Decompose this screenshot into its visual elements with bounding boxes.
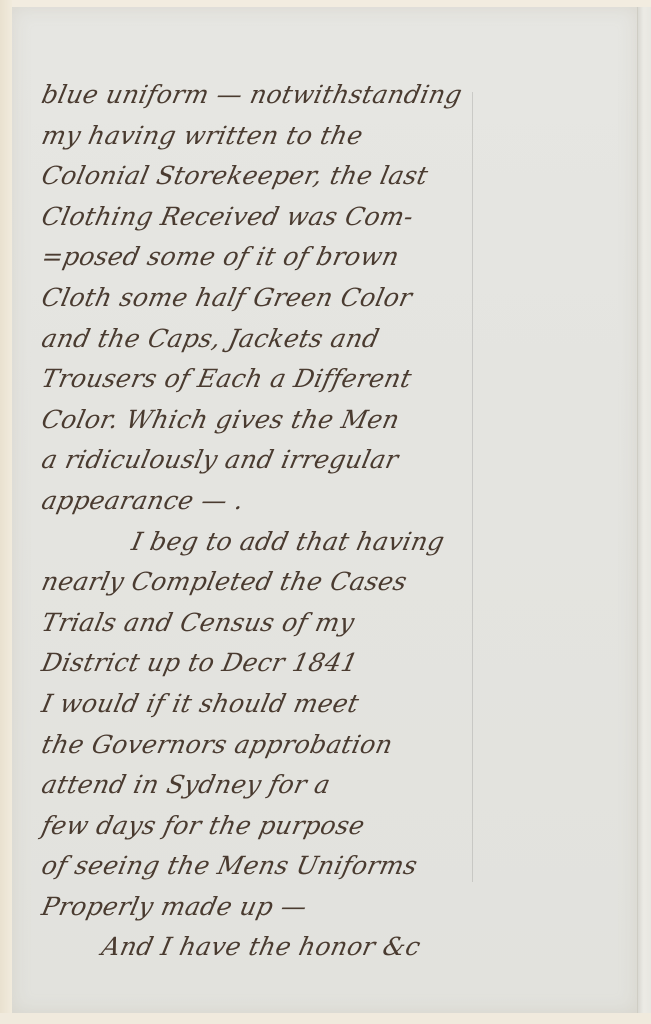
text-line-14: Trials and Census of my [38, 603, 517, 644]
text-line-20: of seeing the Mens Uniforms [38, 846, 517, 887]
scan-bottom-edge [0, 1013, 651, 1024]
handwritten-text: blue uniform — notwithstanding my having… [42, 75, 512, 968]
text-line-6: Cloth some half Green Color [38, 278, 517, 319]
document-scan: blue uniform — notwithstanding my having… [0, 0, 651, 1024]
text-line-12: I beg to add that having [38, 522, 517, 563]
text-line-22: And I have the honor &c [38, 927, 517, 968]
text-line-13: nearly Completed the Cases [38, 562, 517, 603]
page-fold-edge [637, 7, 651, 1013]
text-line-9: Color. Which gives the Men [38, 400, 517, 441]
scan-left-edge [0, 0, 12, 1024]
text-line-8: Trousers of Each a Different [38, 359, 517, 400]
text-line-17: the Governors approbation [38, 725, 517, 766]
text-line-15: District up to Decr 1841 [38, 643, 517, 684]
scan-top-edge [0, 0, 651, 7]
text-line-2: my having written to the [38, 116, 517, 157]
text-line-3: Colonial Storekeeper, the last [38, 156, 517, 197]
letter-page: blue uniform — notwithstanding my having… [12, 7, 637, 1013]
text-line-19: few days for the purpose [38, 806, 517, 847]
text-line-16: I would if it should meet [38, 684, 517, 725]
text-line-11: appearance — . [38, 481, 517, 522]
text-line-7: and the Caps, Jackets and [38, 319, 517, 360]
text-line-1: blue uniform — notwithstanding [38, 75, 517, 116]
text-line-5: =posed some of it of brown [38, 237, 517, 278]
text-line-4: Clothing Received was Com- [38, 197, 517, 238]
text-line-21: Properly made up — [38, 887, 517, 928]
text-line-10: a ridiculously and irregular [38, 440, 517, 481]
text-line-18: attend in Sydney for a [38, 765, 517, 806]
